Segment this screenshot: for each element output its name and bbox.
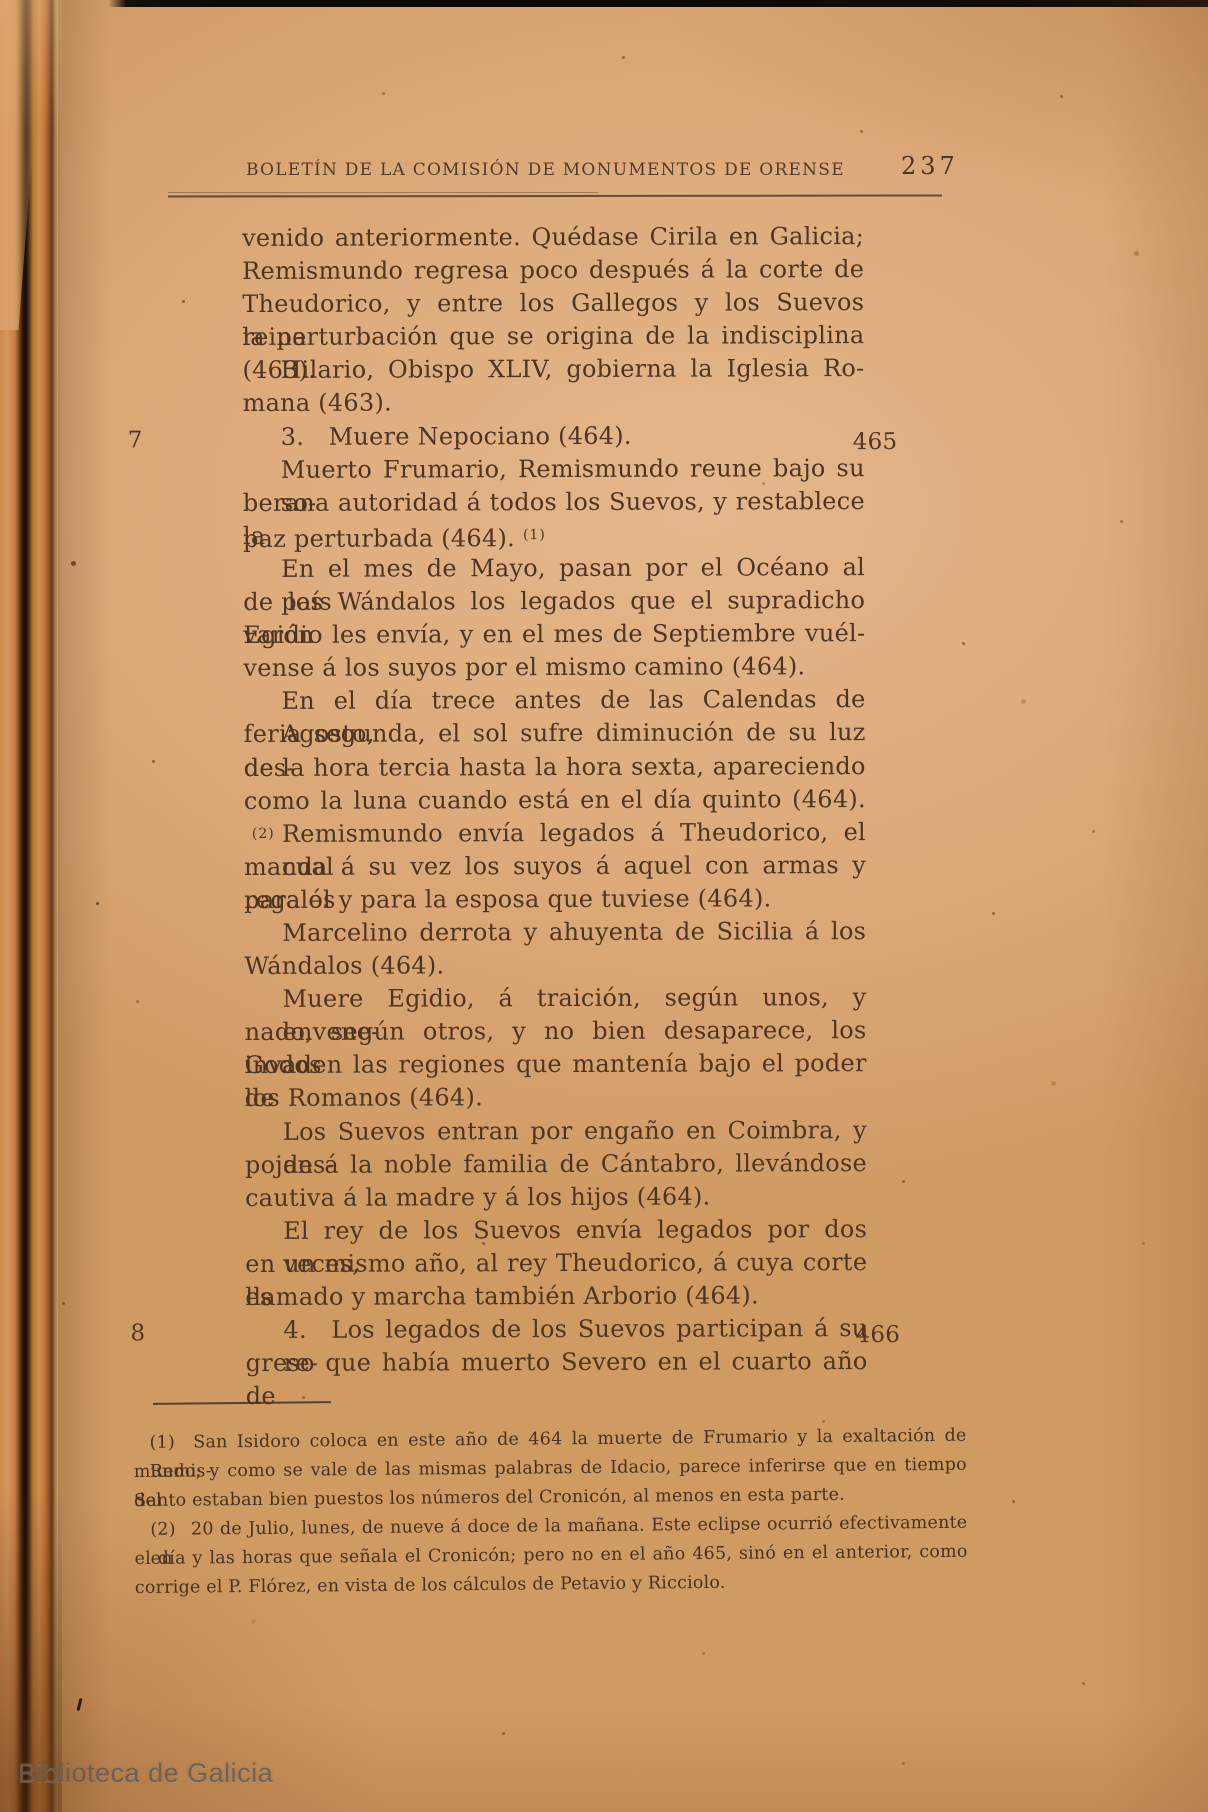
body-text-line: mana (463).: [243, 386, 865, 421]
body-text-line: Remismundo envía legados á Theudorico, e…: [244, 816, 866, 851]
line-text: los Romanos (464).: [245, 1084, 483, 1113]
body-text-line: Egidio les envía, y en el mes de Septiem…: [243, 617, 865, 652]
body-text-line: pojan á la noble familia de Cántabro, ll…: [245, 1147, 867, 1182]
body-text-line: como la luna cuando está en el día quint…: [244, 783, 866, 818]
left-margin-number: 8: [130, 1317, 145, 1350]
body-text-line: de la hora tercia hasta la hora sexta, a…: [244, 750, 866, 785]
body-text-line: cautiva á la madre y á los hijos (464).: [245, 1180, 867, 1215]
line-text: Egidio les envía, y en el mes de Septiem…: [243, 619, 865, 649]
line-text: Marcelino derrota y ahuyenta de Sicilia …: [282, 917, 866, 947]
body-text-line: Theudorico, y entre los Gallegos y los S…: [242, 286, 864, 321]
footnote-text-line: corrige el P. Flórez, en vista de los cá…: [135, 1567, 968, 1603]
line-text: Remismundo regresa poco después á la cor…: [242, 255, 864, 285]
body-text-line: de los Wándalos los legados que el supra…: [243, 584, 865, 619]
left-margin-number: 7: [128, 424, 143, 457]
line-text: el día y las horas que señala el Cronicó…: [135, 1542, 968, 1569]
footnotes-block: (1) San Isidoro coloca en este año de 46…: [133, 1422, 967, 1603]
line-text: cautiva á la madre y á los hijos (464).: [245, 1182, 710, 1211]
body-text-line: en un mismo año, al rey Theudorico, á cu…: [245, 1246, 867, 1281]
line-text: paz perturbada (464).: [243, 524, 515, 553]
line-text: de la hora tercia hasta la hora sexta, a…: [244, 752, 866, 782]
body-text-line: En el mes de Mayo, pasan por el Océano a…: [243, 551, 865, 586]
line-text: corrige el P. Flórez, en vista de los cá…: [135, 1573, 726, 1598]
line-text: vense á los suyos por el mismo camino (4…: [243, 652, 805, 682]
body-text-line: invaden las regiones que mantenía bajo e…: [245, 1047, 867, 1082]
body-text-line: Marcelino derrota y ahuyenta de Sicilia …: [244, 915, 866, 950]
body-text-line: paz perturbada (464).(1): [243, 518, 865, 553]
line-text: Santo estaban bien puestos los números d…: [134, 1485, 845, 1511]
line-text: llamado y marcha también Arborio (464).: [245, 1281, 759, 1311]
body-text-line: Hilario, Obispo XLIV, gobierna la Iglesi…: [242, 352, 864, 387]
line-text: venido anteriormente. Quédase Cirila en …: [242, 222, 864, 252]
gutter-shadow: [58, 0, 110, 1812]
line-text: greso que había muerto Severo en el cuar…: [246, 1347, 868, 1410]
body-text-line: nado, según otros, y no bien desaparece,…: [244, 1014, 866, 1049]
body-text-line: para él y para la esposa que tuviese (46…: [244, 882, 866, 917]
body-text-column: venido anteriormente. Quédase Cirila en …: [242, 220, 868, 1380]
line-text: para él y para la esposa que tuviese (46…: [244, 884, 771, 914]
book-page-scan: BOLETÍN DE LA COMISIÓN DE MONUMENTOS DE …: [0, 0, 1208, 1812]
body-text-line: venido anteriormente. Quédase Cirila en …: [242, 220, 864, 255]
body-text-line: Muere Egidio, á traición, según unos, y …: [244, 981, 866, 1016]
header-rule-ghost: [168, 192, 598, 194]
body-text-line: greso que había muerto Severo en el cuar…: [246, 1345, 868, 1380]
body-text-line: Muerto Frumario, Remismundo reune bajo s…: [243, 452, 865, 487]
body-text-line: En el día trece antes de las Calendas de…: [243, 683, 865, 718]
body-text-line: 3. Muere Nepociano (464).7465: [243, 419, 865, 454]
header-rule: [168, 194, 942, 197]
body-text-line: El rey de los Suevos envía legados por d…: [245, 1213, 867, 1248]
body-text-line: Wándalos (464).: [244, 948, 866, 983]
footnote-separator: [153, 1401, 331, 1405]
line-text: 3. Muere Nepociano (464).: [281, 421, 632, 450]
running-header-title: BOLETÍN DE LA COMISIÓN DE MONUMENTOS DE …: [246, 160, 845, 180]
library-watermark: Biblioteca de Galicia: [18, 1758, 273, 1789]
body-text-line: Los Suevos entran por engaño en Coimbra,…: [245, 1114, 867, 1149]
line-text: pojan á la noble familia de Cántabro, ll…: [245, 1149, 867, 1179]
line-text: como la luna cuando está en el día quint…: [244, 785, 866, 815]
line-text: Wándalos (464).: [244, 951, 444, 980]
body-text-line: la perturbación que se origina de la ind…: [242, 319, 864, 354]
body-text-line: los Romanos (464).: [245, 1080, 867, 1115]
body-text-line: vense á los suyos por el mismo camino (4…: [243, 650, 865, 685]
footnote-reference-marker: (1): [523, 527, 546, 543]
body-text-line: manda á su vez los suyos á aquel con arm…: [244, 849, 866, 884]
body-text-line: berana autoridad á todos los Suevos, y r…: [243, 485, 865, 520]
page-number: 237: [901, 152, 959, 180]
line-text: mana (463).: [243, 389, 392, 417]
scan-edge-strip: [108, 0, 1208, 7]
body-text-line: 4. Los legados de los Suevos participan …: [245, 1312, 867, 1347]
line-text: Hilario, Obispo XLIV, gobierna la Iglesi…: [280, 354, 864, 384]
body-text-line: Remismundo regresa poco después á la cor…: [242, 253, 864, 288]
paper-foxing-speckles: [0, 0, 3, 3]
body-text-line: feria segunda, el sol sufre diminución d…: [244, 716, 866, 751]
body-text-line: llamado y marcha también Arborio (464).: [245, 1279, 867, 1314]
